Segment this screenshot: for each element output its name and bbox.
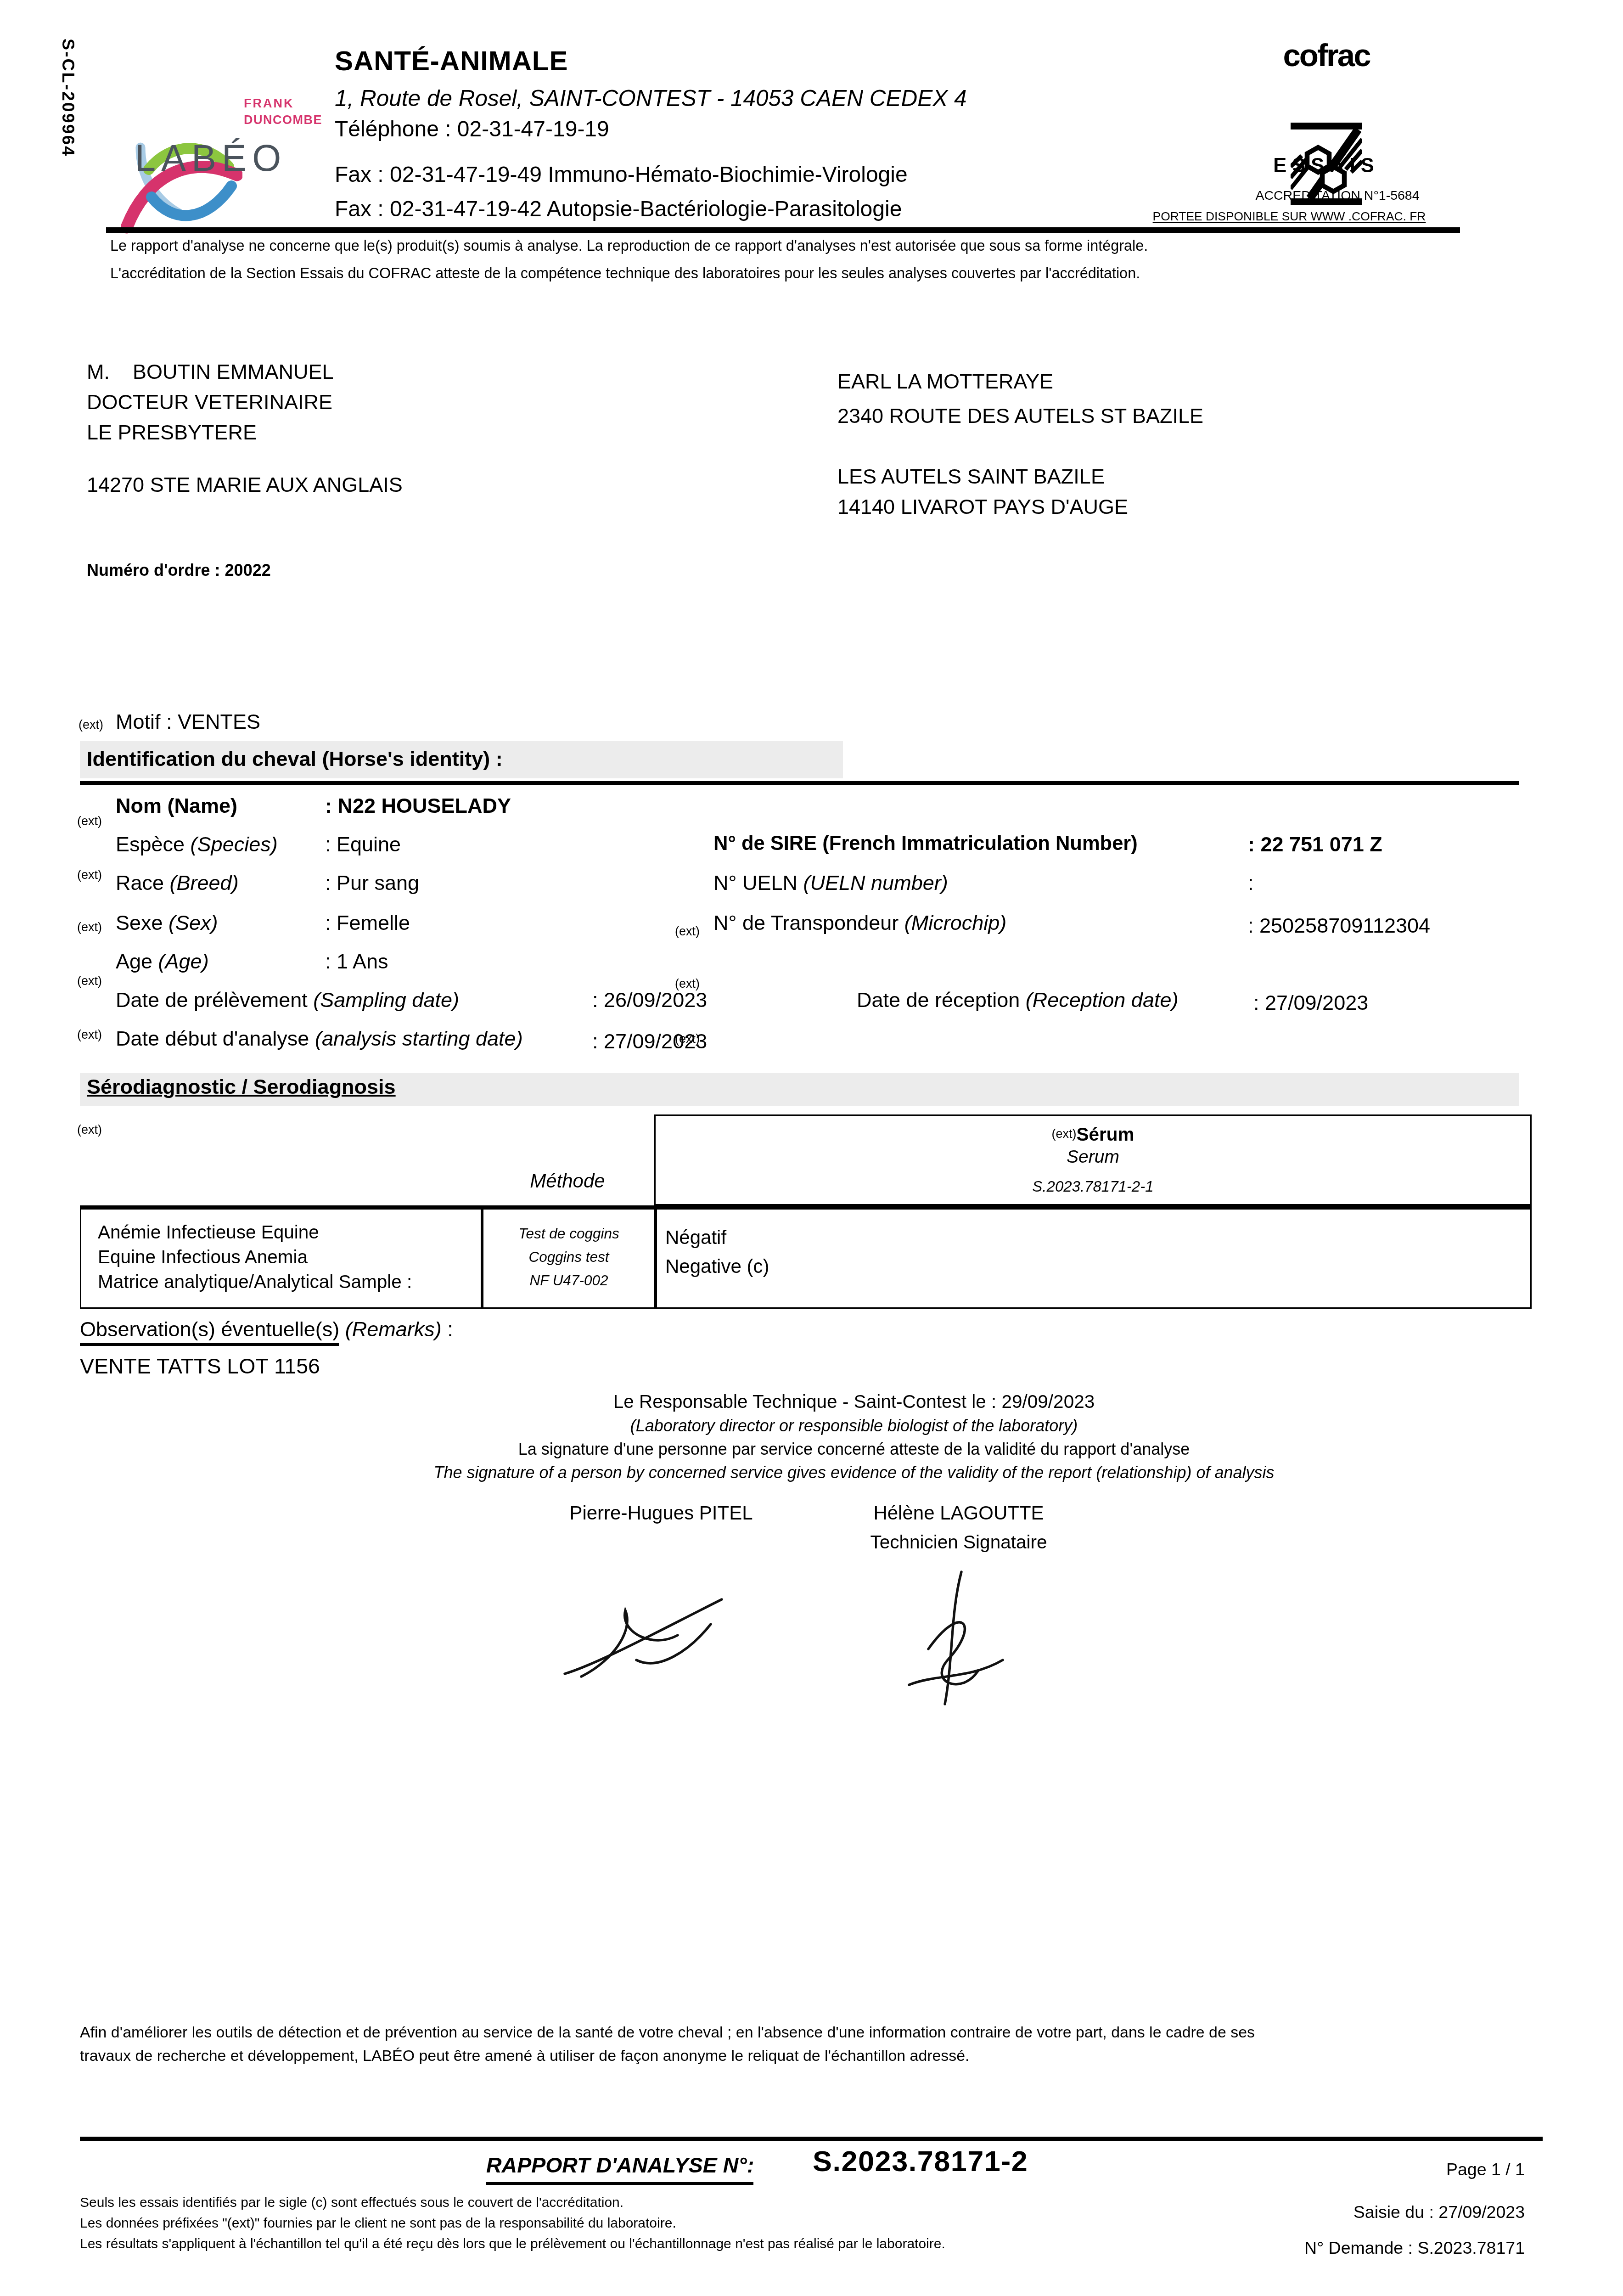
page-indicator: Page 1 / 1 (1318, 2160, 1525, 2180)
observations-label-fr: Observation(s) éventuelle(s) (80, 1318, 339, 1346)
label-fr: Date de prélèvement (116, 989, 313, 1013)
identity-value-sire: : 22 751 071 Z (1248, 833, 1382, 857)
method-standard: NF U47-002 (483, 1273, 654, 1289)
result-value-fr: Négatif (665, 1226, 726, 1248)
cofrac-portee-link: PORTEE DISPONIBLE SUR WWW .COFRAC. FR (1110, 209, 1468, 223)
identity-value-age: : 1 Ans (325, 951, 388, 974)
header-divider (106, 227, 1460, 232)
owner-locality: LES AUTELS SAINT BAZILE (837, 466, 1105, 490)
signoff-line-2: (Laboratory director or responsible biol… (165, 1418, 1543, 1436)
analysis-start-value: : 27/09/2023 (592, 1030, 707, 1054)
report-number-label: RAPPORT D'ANALYSE N°: (486, 2155, 754, 2184)
label-fr: Sexe (116, 912, 168, 935)
cofrac-accreditation: ACCREDITATION N°1-5684 (1200, 190, 1475, 205)
identity-label-espece: Espèce (Species) (116, 833, 278, 857)
identity-value-ueln: : (1248, 872, 1254, 896)
duncombe-label: DUNCOMBE (244, 113, 322, 127)
identity-value-race: : Pur sang (325, 872, 419, 896)
label-en: (Species) (191, 833, 278, 857)
identity-label-age: Age (Age) (116, 951, 209, 974)
frank-label: FRANK (244, 96, 294, 111)
veterinarian-address-line: LE PRESBYTERE (87, 422, 257, 445)
request-number: N° Demande : S.2023.78171 (1222, 2239, 1525, 2258)
label-fr: N° UELN (713, 872, 803, 895)
analysis-start-label: Date début d'analyse (analysis starting … (116, 1028, 523, 1052)
signoff-line-1: Le Responsable Technique - Saint-Contest… (165, 1391, 1543, 1413)
identity-label-ueln: N° UELN (UELN number) (713, 872, 948, 896)
order-number: Numéro d'ordre : 20022 (87, 562, 271, 581)
lab-address: 1, Route de Rosel, SAINT-CONTEST - 14053… (335, 87, 966, 113)
cofrac-essais-label: ESSAIS (1258, 156, 1395, 179)
sample-type-fr: Sérum (1076, 1124, 1134, 1145)
reception-date-value: : 27/09/2023 (1253, 992, 1368, 1016)
serology-result-row: Anémie Infectieuse Equine Equine Infecti… (80, 1205, 1532, 1309)
page-title: SANTÉ-ANIMALE (335, 47, 568, 79)
identity-label-sire: N° de SIRE (French Immatriculation Numbe… (713, 833, 1138, 856)
owner-street: 2340 ROUTE DES AUTELS ST BAZILE (837, 405, 1203, 429)
method-name-en: Coggins test (483, 1249, 654, 1266)
lab-phone: Téléphone : 02-31-47-19-19 (335, 118, 609, 144)
identity-value-microchip: : 250258709112304 (1248, 915, 1430, 939)
label-en: (Age) (158, 951, 209, 974)
fine-print-line-2: Les données préfixées "(ext)" fournies p… (80, 2217, 676, 2233)
method-column-header: Méthode (485, 1170, 650, 1192)
fine-print-line-1: Seuls les essais identifiés par le sigle… (80, 2196, 623, 2212)
veterinarian-title: DOCTEUR VETERINAIRE (87, 391, 332, 415)
label-en: (Microchip) (904, 912, 1007, 935)
observations-label-en: (Remarks) (339, 1318, 442, 1342)
signer1-name: Pierre-Hugues PITEL (551, 1502, 771, 1524)
labeo-brand: LABÉO (135, 138, 286, 180)
ext-tag: (ext) (1051, 1127, 1076, 1141)
label-en: (UELN number) (803, 872, 948, 895)
observations-value: VENTE TATTS LOT 1156 (80, 1356, 320, 1380)
analysis-matrix-label: Matrice analytique/Analytical Sample : (98, 1272, 412, 1293)
ext-tag: (ext) (675, 1031, 1623, 1046)
label-fr: N° de Transpondeur (713, 912, 904, 935)
identity-underline (80, 781, 1519, 785)
sample-type-label: (ext)Sérum (656, 1124, 1530, 1146)
label-fr: Nom (Name) (116, 795, 237, 818)
label-fr: Espèce (116, 833, 191, 857)
label-fr: N° de SIRE (French Immatriculation Numbe… (713, 833, 1138, 855)
label-en: (analysis starting date) (315, 1028, 523, 1051)
analysis-name-fr: Anémie Infectieuse Equine (98, 1222, 319, 1244)
fine-print-line-3: Les résultats s'appliquent à l'échantill… (80, 2237, 945, 2253)
sample-type-en: Serum (656, 1148, 1530, 1168)
label-en: (Sampling date) (313, 989, 459, 1013)
identity-value-espece: : Equine (325, 833, 401, 857)
identity-section-title: Identification du cheval (Horse's identi… (87, 748, 503, 772)
veterinarian-name: M. BOUTIN EMMANUEL (87, 361, 334, 385)
result-value-en: Negative (c) (665, 1255, 769, 1277)
sample-id: S.2023.78171-2-1 (656, 1180, 1530, 1197)
label-en: (Reception date) (1026, 989, 1179, 1013)
sampling-date-value: : 26/09/2023 (592, 989, 707, 1013)
label-fr: Date début d'analyse (116, 1028, 315, 1051)
method-name-fr: Test de coggins (483, 1226, 654, 1243)
notice-line-2: L'accréditation de la Section Essais du … (110, 266, 1140, 283)
analysis-name-en: Equine Infectious Anemia (98, 1247, 308, 1268)
report-number: S.2023.78171-2 (813, 2146, 1028, 2179)
motif-value: Motif : VENTES (116, 711, 260, 735)
research-notice-line-1: Afin d'améliorer les outils de détection… (80, 2025, 1255, 2043)
label-fr: Race (116, 872, 170, 895)
label-fr: Age (116, 951, 158, 974)
identity-value-nom: : N22 HOUSELADY (325, 795, 511, 819)
identity-label-race: Race (Breed) (116, 872, 239, 896)
owner-city: 14140 LIVAROT PAYS D'AUGE (837, 496, 1128, 520)
label-fr: Date de réception (857, 989, 1026, 1013)
label-en: (Breed) (170, 872, 239, 895)
pitel-signature (554, 1540, 747, 1735)
identity-label-microchip: N° de Transpondeur (Microchip) (713, 912, 1006, 936)
report-page: S-CL-209964 FRANK DUNCOMBE LABÉO SANTÉ-A… (0, 0, 1623, 2296)
lab-fax2: Fax : 02-31-47-19-42 Autopsie-Bactériolo… (335, 198, 902, 224)
cofrac-word: cofrac (1258, 37, 1395, 73)
motif-ext-tag: (ext) (79, 718, 1623, 732)
identity-value-sexe: : Femelle (325, 912, 410, 936)
observations-colon: : (442, 1318, 453, 1342)
reception-date-label: Date de réception (Reception date) (857, 989, 1178, 1013)
signoff-line-3: La signature d'une personne par service … (165, 1441, 1543, 1460)
owner-name: EARL LA MOTTERAYE (837, 371, 1053, 394)
research-notice-line-2: travaux de recherche et développement, L… (80, 2048, 970, 2066)
identity-label-sexe: Sexe (Sex) (116, 912, 218, 936)
ext-tag: (ext) (77, 815, 1623, 829)
signoff-line-4: The signature of a person by concerned s… (165, 1464, 1543, 1483)
lagoutte-signature (890, 1515, 1028, 1761)
sample-column-header-cell: (ext)Sérum Serum S.2023.78171-2-1 (654, 1114, 1532, 1205)
entry-date: Saisie du : 27/09/2023 (1249, 2203, 1525, 2223)
cell-divider (654, 1210, 657, 1307)
lab-fax1: Fax : 02-31-47-19-49 Immuno-Hémato-Bioch… (335, 164, 908, 189)
veterinarian-city: 14270 STE MARIE AUX ANGLAIS (87, 474, 403, 498)
serology-section-title: Sérodiagnostic / Serodiagnosis (87, 1076, 396, 1100)
identity-label-nom: Nom (Name) (116, 795, 237, 819)
side-reference-label: S-CL-209964 (58, 39, 78, 157)
sampling-date-label: Date de prélèvement (Sampling date) (116, 989, 459, 1013)
observations-label: Observation(s) éventuelle(s) (Remarks) : (80, 1318, 453, 1342)
label-en: (Sex) (168, 912, 218, 935)
footer-divider (80, 2137, 1543, 2141)
notice-line-1: Le rapport d'analyse ne concerne que le(… (110, 238, 1148, 255)
